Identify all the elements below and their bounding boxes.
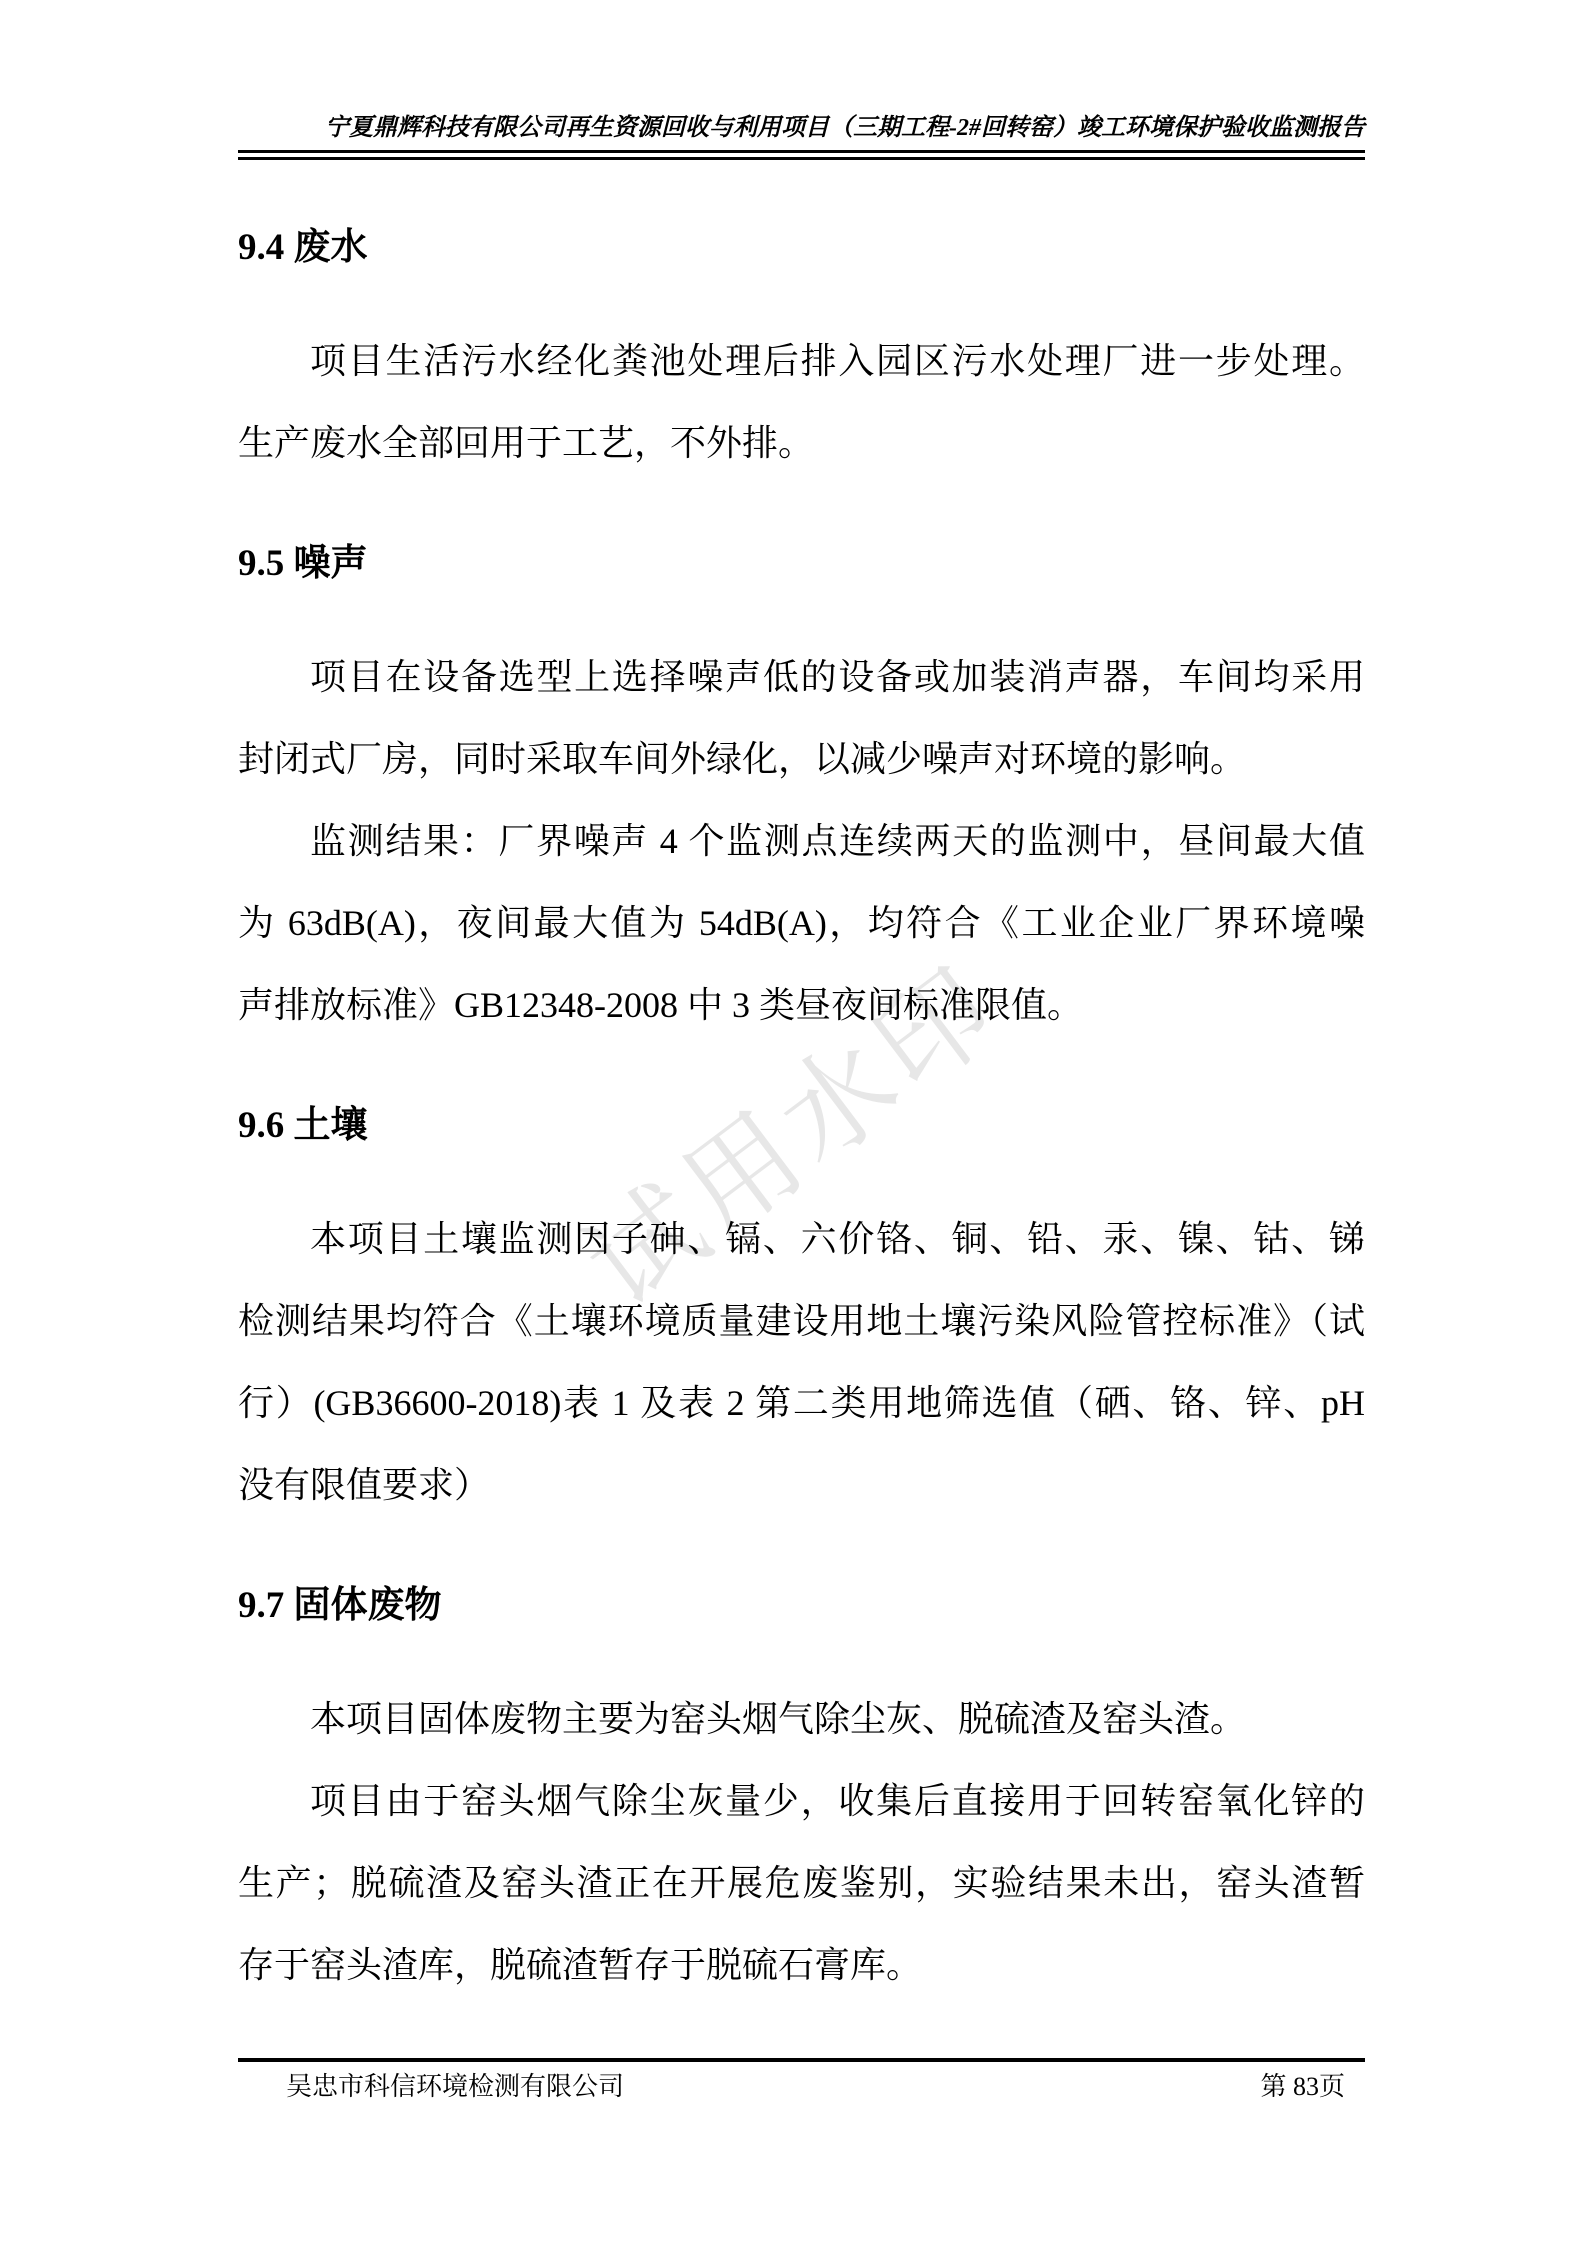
text-line: 本项目固体废物主要为窑头烟气除尘灰、脱硫渣及窑头渣。 <box>238 1678 1365 1760</box>
text-line: 声排放标准》GB12348-2008 中 3 类昼夜间标准限值。 <box>238 964 1365 1046</box>
paragraph: 项目在设备选型上选择噪声低的设备或加装消声器，车间均采用封闭式厂房，同时采取车间… <box>238 636 1365 800</box>
text-line: 项目生活污水经化粪池处理后排入园区污水处理厂进一步处理。 <box>238 320 1365 402</box>
section-heading-soil: 9.6 土壤 <box>238 1098 1365 1154</box>
text-line: 没有限值要求） <box>238 1444 1365 1526</box>
section-9-6: 9.6 土壤 本项目土壤监测因子砷、镉、六价铬、铜、铅、汞、镍、钴、锑检测结果均… <box>238 1098 1365 1526</box>
text-line: 项目由于窑头烟气除尘灰量少，收集后直接用于回转窑氧化锌的 <box>238 1760 1365 1842</box>
page-footer: 吴忠市科信环境检测有限公司 第 83页 <box>238 2058 1365 2104</box>
document-page: 试用水印 宁夏鼎辉科技有限公司再生资源回收与利用项目（三期工程-2#回转窑）竣工… <box>0 0 1587 2245</box>
text-line: 生产；脱硫渣及窑头渣正在开展危废鉴别，实验结果未出，窑头渣暂 <box>238 1842 1365 1924</box>
section-heading-solid-waste: 9.7 固体废物 <box>238 1578 1365 1634</box>
text-line: 封闭式厂房，同时采取车间外绿化，以减少噪声对环境的影响。 <box>238 718 1365 800</box>
text-line: 为 63dB(A)，夜间最大值为 54dB(A)，均符合《工业企业厂界环境噪 <box>238 882 1365 964</box>
text-line: 本项目土壤监测因子砷、镉、六价铬、铜、铅、汞、镍、钴、锑 <box>238 1198 1365 1280</box>
section-heading-wastewater: 9.4 废水 <box>238 220 1365 276</box>
document-body: 9.4 废水 项目生活污水经化粪池处理后排入园区污水处理厂进一步处理。生产废水全… <box>238 168 1365 2006</box>
paragraph: 项目由于窑头烟气除尘灰量少，收集后直接用于回转窑氧化锌的生产；脱硫渣及窑头渣正在… <box>238 1760 1365 2006</box>
paragraph: 本项目土壤监测因子砷、镉、六价铬、铜、铅、汞、镍、钴、锑检测结果均符合《土壤环境… <box>238 1198 1365 1526</box>
section-9-4: 9.4 废水 项目生活污水经化粪池处理后排入园区污水处理厂进一步处理。生产废水全… <box>238 220 1365 484</box>
text-line: 检测结果均符合《土壤环境质量建设用地土壤污染风险管控标准》（试 <box>238 1280 1365 1362</box>
text-line: 存于窑头渣库，脱硫渣暂存于脱硫石膏库。 <box>238 1924 1365 2006</box>
footer-company: 吴忠市科信环境检测有限公司 <box>286 2070 624 2104</box>
section-heading-noise: 9.5 噪声 <box>238 536 1365 592</box>
paragraph: 本项目固体废物主要为窑头烟气除尘灰、脱硫渣及窑头渣。 <box>238 1678 1365 1760</box>
header-rule <box>238 150 1365 160</box>
text-line: 生产废水全部回用于工艺，不外排。 <box>238 402 1365 484</box>
section-9-5: 9.5 噪声 项目在设备选型上选择噪声低的设备或加装消声器，车间均采用封闭式厂房… <box>238 536 1365 1046</box>
header-title: 宁夏鼎辉科技有限公司再生资源回收与利用项目（三期工程-2#回转窑）竣工环境保护验… <box>238 112 1365 144</box>
paragraph: 项目生活污水经化粪池处理后排入园区污水处理厂进一步处理。生产废水全部回用于工艺，… <box>238 320 1365 484</box>
text-line: 项目在设备选型上选择噪声低的设备或加装消声器，车间均采用 <box>238 636 1365 718</box>
section-9-7: 9.7 固体废物 本项目固体废物主要为窑头烟气除尘灰、脱硫渣及窑头渣。 项目由于… <box>238 1578 1365 2006</box>
text-line: 监测结果：厂界噪声 4 个监测点连续两天的监测中，昼间最大值 <box>238 800 1365 882</box>
page-header: 宁夏鼎辉科技有限公司再生资源回收与利用项目（三期工程-2#回转窑）竣工环境保护验… <box>238 112 1365 160</box>
footer-page-number: 第 83页 <box>1260 2070 1345 2104</box>
text-line: 行）(GB36600-2018)表 1 及表 2 第二类用地筛选值（硒、铬、锌、… <box>238 1362 1365 1444</box>
paragraph: 监测结果：厂界噪声 4 个监测点连续两天的监测中，昼间最大值为 63dB(A)，… <box>238 800 1365 1046</box>
